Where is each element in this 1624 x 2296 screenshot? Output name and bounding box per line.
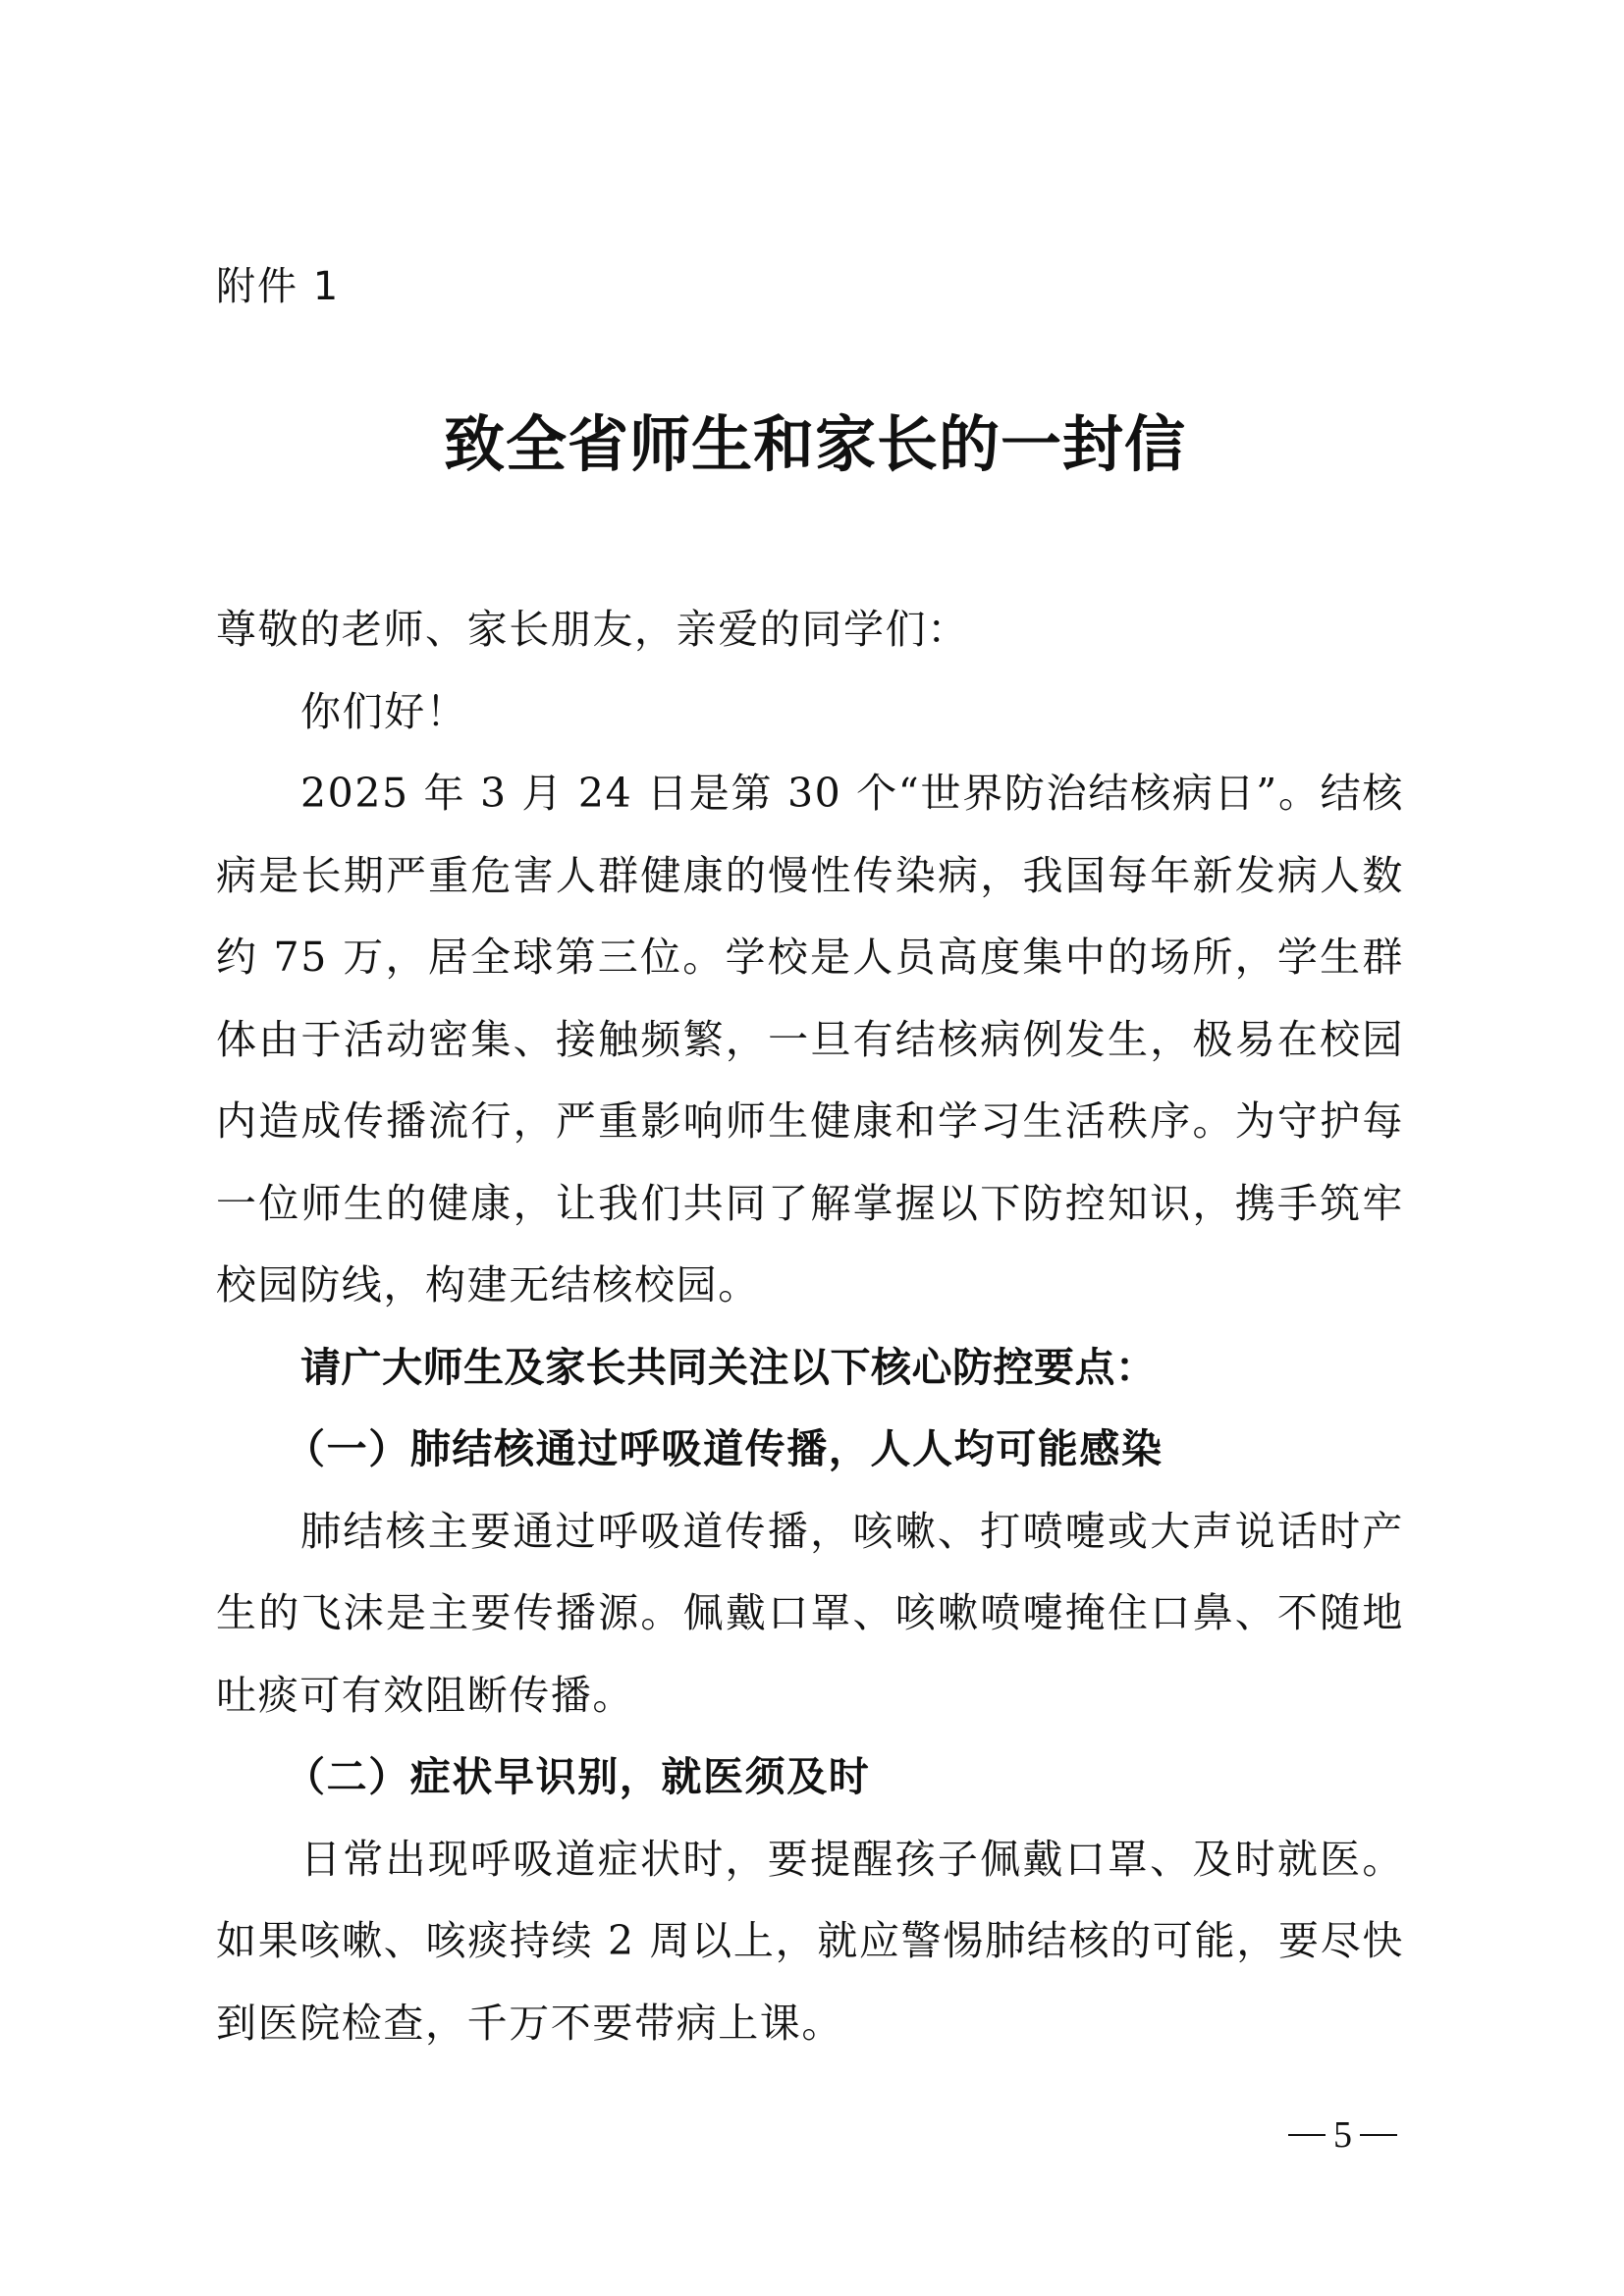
page-number-dash-right (1360, 2134, 1397, 2136)
greeting: 你们好！ (216, 671, 1404, 754)
section-body-2: 日常出现呼吸道症状时，要提醒孩子佩戴口罩、及时就医。如果咳嗽、咳痰持续 2 周以… (216, 1819, 1404, 2065)
page-number-dash-left (1288, 2134, 1326, 2136)
section-heading-2: （二）症状早识别，就医须及时 (216, 1736, 1404, 1819)
section-heading-1: （一）肺结核通过呼吸道传播，人人均可能感染 (216, 1409, 1404, 1491)
page-number: 5 (1288, 2112, 1397, 2158)
salutation: 尊敬的老师、家长朋友，亲爱的同学们： (216, 589, 1404, 671)
page-number-value: 5 (1333, 2112, 1352, 2158)
document-page: 附件 1 致全省师生和家长的一封信 尊敬的老师、家长朋友，亲爱的同学们： 你们好… (0, 0, 1624, 2296)
key-points-heading: 请广大师生及家长共同关注以下核心防控要点： (216, 1327, 1404, 1410)
letter-body: 尊敬的老师、家长朋友，亲爱的同学们： 你们好！ 2025 年 3 月 24 日是… (216, 589, 1404, 2064)
section-body-1: 肺结核主要通过呼吸道传播，咳嗽、打喷嚏或大声说话时产生的飞沫是主要传播源。佩戴口… (216, 1491, 1404, 1737)
attachment-label: 附件 1 (216, 263, 340, 310)
document-title: 致全省师生和家长的一封信 (0, 410, 1624, 479)
intro-paragraph: 2025 年 3 月 24 日是第 30 个“世界防治结核病日”。结核病是长期严… (216, 753, 1404, 1327)
